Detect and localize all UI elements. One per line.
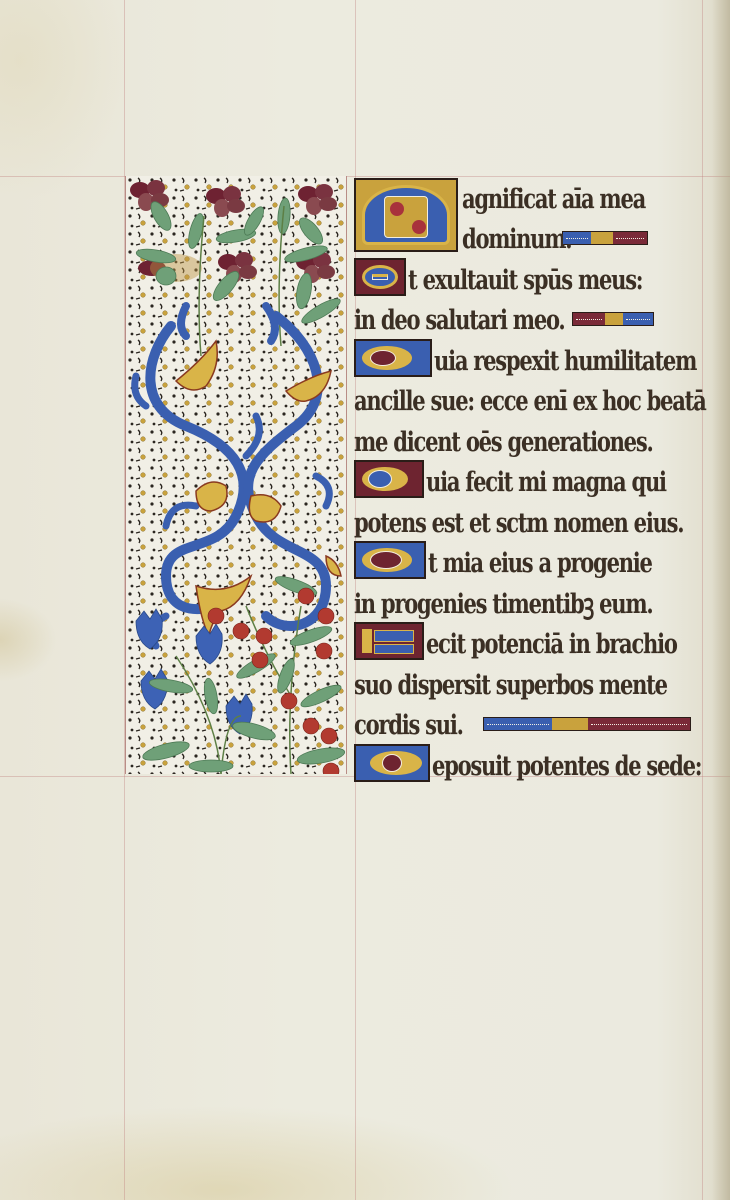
line-text: in progenies timentibꝫ eum. <box>354 591 652 618</box>
line-text: in deo salutari meo. <box>354 307 565 334</box>
text-line-10: E t mia eius a progenie <box>354 541 716 582</box>
initial-f: F <box>354 622 424 660</box>
text-line-15: D eposuit potentes de sede: <box>354 743 716 784</box>
text-line-9: potens est et sctm nomen eius. <box>354 500 716 541</box>
text-line-1: M agnificat aīa mea <box>354 176 716 217</box>
text-line-8: Q uia fecit mi magna qui <box>354 460 716 501</box>
text-line-3: E t exultauit spūs meus: <box>354 257 716 298</box>
line-text: potens est et sctm nomen eius. <box>354 510 683 537</box>
line-filler <box>572 312 654 326</box>
text-line-13: suo dispersit superbos mente <box>354 662 716 703</box>
line-text: dominum. <box>462 226 571 253</box>
text-line-5: Q uia respexit humilitatem <box>354 338 716 379</box>
initial-q: Q <box>354 460 424 498</box>
initial-e: E <box>354 541 426 579</box>
initial-d: D <box>354 744 430 782</box>
line-text: suo dispersit superbos mente <box>354 672 667 699</box>
line-text: ecit potenciā in brachio <box>426 631 677 658</box>
manuscript-page: M agnificat aīa mea dominum. E t exultau… <box>0 0 730 1200</box>
latin-text-block: M agnificat aīa mea dominum. E t exultau… <box>354 176 716 784</box>
line-text: cordis sui. <box>354 712 463 739</box>
initial-q: Q <box>354 339 432 377</box>
text-line-14: cordis sui. <box>354 703 716 744</box>
line-text: uia fecit mi magna qui <box>426 469 666 496</box>
line-text: agnificat aīa mea <box>462 186 645 213</box>
text-line-6: ancille sue: ecce enī ex hoc beatā <box>354 379 716 420</box>
line-text: t exultauit spūs meus: <box>408 267 642 294</box>
initial-e: E <box>354 258 406 296</box>
text-line-2: dominum. <box>354 217 716 258</box>
line-filler <box>562 231 648 245</box>
line-text: ancille sue: ecce enī ex hoc beatā <box>354 388 706 415</box>
line-filler <box>483 717 691 731</box>
text-line-7: me dicent oēs generationes. <box>354 419 716 460</box>
line-text: t mia eius a progenie <box>428 550 652 577</box>
line-text: uia respexit humilitatem <box>434 348 696 375</box>
border-floral-ornament-icon <box>126 176 346 774</box>
text-line-4: in deo salutari meo. <box>354 298 716 339</box>
text-line-12: F ecit potenciā in brachio <box>354 622 716 663</box>
illuminated-border <box>125 176 347 774</box>
line-text: eposuit potentes de sede: <box>432 753 701 780</box>
text-line-11: in progenies timentibꝫ eum. <box>354 581 716 622</box>
line-text: me dicent oēs generationes. <box>354 429 653 456</box>
